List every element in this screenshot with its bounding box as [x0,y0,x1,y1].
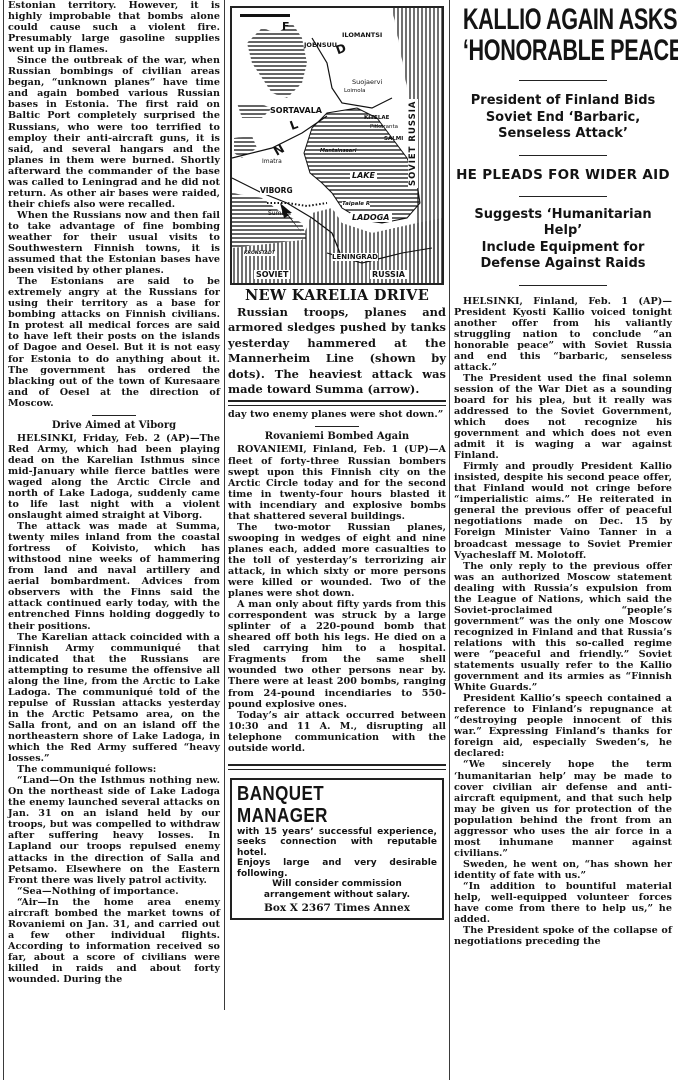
caption-rule [228,400,446,406]
article-paragraph: Estonian territory. However, it is highl… [8,0,220,55]
map-label-taipale: Taipale R [342,201,370,207]
map-label-joensuu: JOENSUU [304,41,337,49]
deck-line: Senseless Attack’ [454,126,672,143]
column-rule-1 [224,0,225,1010]
article-paragraph: The communiqué follows: [8,764,220,775]
ad-line: with 15 years’ successful experience, se… [237,827,437,859]
article-paragraph: The attack was made at Summa, twenty mil… [8,521,220,631]
article-paragraph: Today’s air attack occurred between 10:3… [228,710,446,754]
deck-president-bids: President of Finland Bids Soviet End ‘Ba… [454,93,672,143]
article-paragraph: The only reply to the previous offer was… [454,561,672,694]
article-paragraph: Firmly and proudly President Kallio insi… [454,461,672,560]
map-label-russia-bottom: RUSSIA [370,270,407,279]
deck-suggests-humanitarian-help: Suggests ‘Humanitarian Help’ Include Equ… [454,207,672,273]
main-headline: KALLIO AGAIN ASKS ‘HONORABLE PEACE’ [454,4,672,66]
map-label-sortavala: SORTAVALA [270,106,322,115]
column-rule-left [3,0,4,1080]
continuation-text: day two enemy planes were shot down.” [228,409,446,420]
map-label-salmi: SALMI [384,136,403,142]
map-label-suojaervi: Suojaervi [352,78,382,86]
map-label-kitelae: KITELAE [364,115,389,121]
karelia-map: ILOMANTSI JOENSUU Suojaervi Loimola SORT… [230,6,444,285]
ad-line: Will consider commission arrangement wit… [237,879,437,900]
deck-he-pleads: HE PLEADS FOR WIDER AID [454,166,672,184]
headline-divider [519,80,607,81]
right-column: KALLIO AGAIN ASKS ‘HONORABLE PEACE’ Pres… [454,0,672,947]
ad-line: Enjoys large and very desirable followin… [237,858,437,879]
article-paragraph: When the Russians now and then fail to t… [8,210,220,276]
column-rule-2 [449,0,450,1080]
article-paragraph: Sweden, he went on, “has shown her ident… [454,859,672,881]
map-caption-text: Russian troops, planes and armored sledg… [228,305,446,397]
deck-divider [519,196,607,197]
subhead-rovaniemi-bombed-again: Rovaniemi Bombed Again [228,431,446,442]
article-paragraph: “Air—In the home area enemy aircraft bom… [8,897,220,985]
article-paragraph: ROVANIEMI, Finland, Feb. 1 (UP)—A fleet … [228,444,446,521]
map-label-finland-f: F [282,20,290,33]
deck-line: Suggests ‘Humanitarian Help’ [454,207,672,240]
article-paragraph: HELSINKI, Finland, Feb. 1 (AP)—President… [454,296,672,373]
ad-rule [228,764,446,770]
map-label-viborg: VIBORG [260,186,293,195]
article-paragraph: A man only about fifty yards from this c… [228,599,446,709]
section-divider [315,426,359,427]
section-divider [92,415,136,416]
article-paragraph: “Sea—Nothing of importance. [8,886,220,897]
map-label-leningrad: LENINGRAD [332,253,378,261]
deck-divider [519,155,607,156]
map-label-lake: LAKE [350,171,377,180]
article-paragraph: Since the outbreak of the war, when Russ… [8,55,220,210]
subhead-drive-aimed-at-viborg: Drive Aimed at Viborg [8,420,220,431]
map-caption-title: NEW KARELIA DRIVE [228,287,446,304]
deck-line: Include Equipment for [454,240,672,257]
left-column: Estonian territory. However, it is highl… [8,0,220,985]
map-label-summa: Summa [268,210,291,217]
map-label-mantsinsaari: Mantsinsaari [320,148,356,154]
article-paragraph: The Karelian attack coincided with a Fin… [8,632,220,765]
map-label-soviet-bottom: SOVIET [254,270,290,279]
article-paragraph: “We sincerely hope the term ‘humanitaria… [454,759,672,858]
map-caption: Russian troops, planes and armored sledg… [228,305,446,397]
map-label-ladoga: LADOGA [350,213,392,222]
article-paragraph: The President spoke of the collapse of n… [454,925,672,947]
article-paragraph: “In addition to bountiful material help,… [454,881,672,925]
middle-column: ILOMANTSI JOENSUU Suojaervi Loimola SORT… [228,0,446,920]
map-label-soviet-russia-vertical: SOVIET RUSSIA [408,99,418,188]
map-label-loimola: Loimola [344,88,365,94]
map-label-kronstadt: KRONSTADT [244,251,275,256]
article-paragraph: President Kallio’s speech contained a re… [454,693,672,759]
deck-line: Defense Against Raids [454,256,672,273]
headline-line-1: KALLIO AGAIN ASKS [463,4,663,35]
article-paragraph: The President used the final solemn sess… [454,373,672,461]
article-paragraph: “Land—On the Isthmus nothing new. On the… [8,775,220,885]
ad-box-number: Box X 2367 Times Annex [237,902,437,914]
ad-title: BANQUET MANAGER [237,783,407,827]
classified-ad-banquet-manager: BANQUET MANAGER with 15 years’ successfu… [230,778,444,921]
deck-divider [519,285,607,286]
map-label-pitkaranta: Pitkaranta [370,124,398,130]
article-paragraph: The Estonians are said to be extremely a… [8,276,220,409]
article-paragraph: The two-motor Russian planes, swooping i… [228,522,446,599]
deck-line: President of Finland Bids [454,93,672,110]
map-label-ilomantsi: ILOMANTSI [342,31,382,39]
article-paragraph: HELSINKI, Friday, Feb. 2 (AP)—The Red Ar… [8,433,220,521]
headline-line-2: ‘HONORABLE PEACE’ [463,35,663,66]
map-label-imatra: Imatra [262,158,282,165]
deck-line: Soviet End ‘Barbaric, [454,110,672,127]
